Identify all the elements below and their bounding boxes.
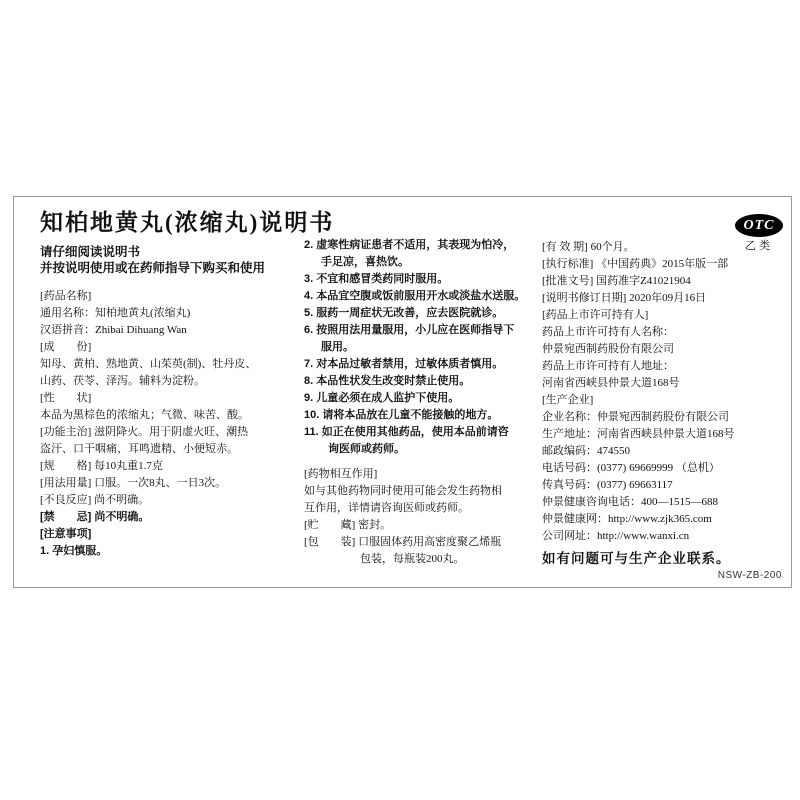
text-line: 通用名称：知柏地黄丸(浓缩丸): [40, 305, 302, 322]
text-line: 手足凉，喜热饮。: [304, 254, 546, 271]
text-line: [药品上市许可持有人]: [542, 307, 790, 324]
text-line: [说明书修订日期] 2020年09月16日: [542, 290, 790, 307]
text-line: 如有问题可与生产企业联系。: [542, 549, 790, 566]
text-line: [性 状]: [40, 390, 302, 407]
otc-badge: OTC 乙类: [728, 214, 790, 253]
notice-line-1: 请仔细阅读说明书: [40, 244, 302, 260]
text-line: [禁 忌] 尚不明确。: [40, 509, 302, 526]
text-line: 10. 请将本品放在儿童不能接触的地方。: [304, 407, 546, 424]
text-line: 3. 不宜和感冒类药同时服用。: [304, 271, 546, 288]
text-line: 电话号码：(0377) 69669999 （总机）: [542, 460, 790, 477]
text-line: 知母、黄柏、熟地黄、山茱萸(制)、牡丹皮、: [40, 356, 302, 373]
text-line: 生产地址：河南省西峡县仲景大道168号: [542, 426, 790, 443]
text-line: [规 格] 每10丸重1.7克: [40, 458, 302, 475]
text-line: 7. 对本品过敏者禁用，过敏体质者慎用。: [304, 356, 546, 373]
text-line: 传真号码：(0377) 69663117: [542, 477, 790, 494]
text-line: [生产企业]: [542, 392, 790, 409]
text-line: [药物相互作用]: [304, 466, 546, 483]
text-line: 服用。: [304, 339, 546, 356]
otc-category-label: 乙类: [728, 237, 790, 253]
text-line: [用法用量] 口服。一次8丸、一日3次。: [40, 475, 302, 492]
text-line: 汉语拼音：Zhibai Dihuang Wan: [40, 322, 302, 339]
text-line: 企业名称：仲景宛西制药股份有限公司: [542, 409, 790, 426]
text-line: 公司网址：http://www.wanxi.cn: [542, 528, 790, 545]
read-notice: 请仔细阅读说明书 并按说明使用或在药师指导下购买和使用: [40, 244, 302, 276]
text-line: [不良反应] 尚不明确。: [40, 492, 302, 509]
text-line: 1. 孕妇慎服。: [40, 543, 302, 560]
text-line: 9. 儿童必须在成人监护下使用。: [304, 390, 546, 407]
text-line: 4. 本品宜空腹或饭前服用开水或淡盐水送服。: [304, 288, 546, 305]
text-line: 6. 按照用法用量服用，小儿应在医师指导下: [304, 322, 546, 339]
text-line: 包装，每瓶装200丸。: [304, 551, 546, 568]
middle-column-lines: 2. 虚寒性病证患者不适用，其表现为怕冷，手足凉，喜热饮。3. 不宜和感冒类药同…: [304, 237, 546, 568]
text-line: 药品上市许可持有人地址：: [542, 358, 790, 375]
column-left: 知柏地黄丸(浓缩丸)说明书 请仔细阅读说明书 并按说明使用或在药师指导下购买和使…: [40, 210, 302, 560]
text-line: [成 份]: [40, 339, 302, 356]
left-column-lines: [药品名称]通用名称：知柏地黄丸(浓缩丸)汉语拼音：Zhibai Dihuang…: [40, 288, 302, 560]
text-line: [包 装] 口服固体药用高密度聚乙烯瓶: [304, 534, 546, 551]
otc-logo-icon: OTC: [735, 214, 783, 237]
text-line: 仲景健康网：http://www.zjk365.com: [542, 511, 790, 528]
text-line: 河南省西峡县仲景大道168号: [542, 375, 790, 392]
text-line: 11. 如正在使用其他药品，使用本品前请咨: [304, 424, 546, 441]
text-line: 药品上市许可持有人名称：: [542, 324, 790, 341]
text-line: 5. 服药一周症状无改善，应去医院就诊。: [304, 305, 546, 322]
text-line: 邮政编码：474550: [542, 443, 790, 460]
text-line: [执行标准] 《中国药典》2015年版一部: [542, 256, 790, 273]
text-line: 如与其他药物同时使用可能会发生药物相: [304, 483, 546, 500]
text-line: 仲景健康咨询电话：400—1515—688: [542, 494, 790, 511]
text-line: 互作用，详情请咨询医师或药师。: [304, 500, 546, 517]
text-line: 山药、茯苓、泽泻。辅料为淀粉。: [40, 373, 302, 390]
document-code: NSW-ZB-200: [660, 570, 782, 581]
text-line: 2. 虚寒性病证患者不适用，其表现为怕冷，: [304, 237, 546, 254]
column-middle: 2. 虚寒性病证患者不适用，其表现为怕冷，手足凉，喜热饮。3. 不宜和感冒类药同…: [304, 237, 546, 568]
text-line: 仲景宛西制药股份有限公司: [542, 341, 790, 358]
page-title: 知柏地黄丸(浓缩丸)说明书: [40, 210, 302, 236]
leaflet-page: 知柏地黄丸(浓缩丸)说明书 请仔细阅读说明书 并按说明使用或在药师指导下购买和使…: [0, 0, 800, 800]
text-line: [药品名称]: [40, 288, 302, 305]
text-line: [贮 藏] 密封。: [304, 517, 546, 534]
text-line: 本品为黑棕色的浓缩丸；气微、味苦、酸。: [40, 407, 302, 424]
text-line: 8. 本品性状发生改变时禁止使用。: [304, 373, 546, 390]
notice-line-2: 并按说明使用或在药师指导下购买和使用: [40, 260, 302, 276]
text-line: [功能主治] 滋阴降火。用于阴虚火旺、潮热: [40, 424, 302, 441]
text-line: [批准文号] 国药准字Z41021904: [542, 273, 790, 290]
text-line: 盗汗、口干咽痛、耳鸣遗精、小便短赤。: [40, 441, 302, 458]
right-column-lines: [有 效 期] 60个月。[执行标准] 《中国药典》2015年版一部[批准文号]…: [542, 239, 790, 566]
text-line: 询医师或药师。: [304, 441, 546, 458]
column-right: [有 效 期] 60个月。[执行标准] 《中国药典》2015年版一部[批准文号]…: [542, 239, 790, 566]
text-line: [注意事项]: [40, 526, 302, 543]
